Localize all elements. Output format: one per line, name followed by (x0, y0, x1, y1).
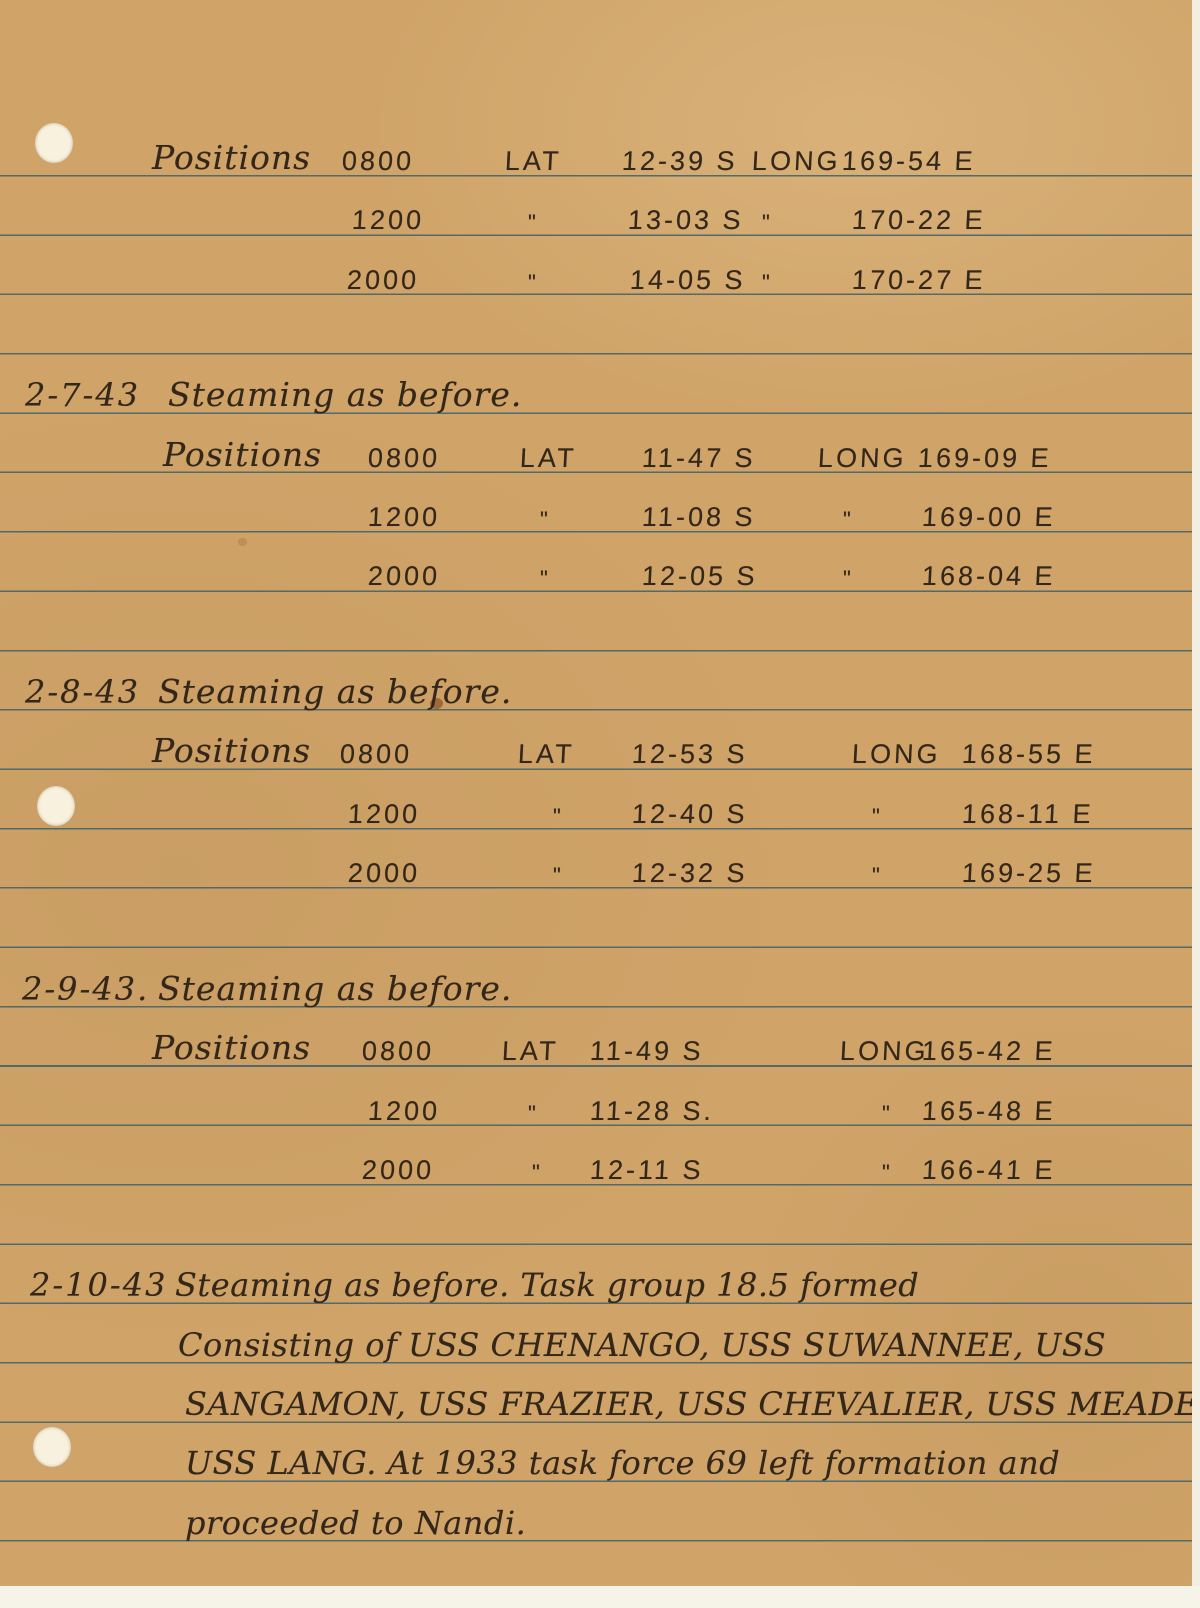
ditto-mark: " (872, 863, 881, 889)
time-value: 2000 (346, 265, 420, 296)
time-value: 1200 (347, 799, 421, 830)
ditto-mark: " (528, 210, 537, 236)
ditto-mark: " (553, 804, 562, 830)
lat-value: 12-40 S (631, 799, 748, 830)
positions-label: Positions (152, 138, 311, 177)
long-value: 165-48 E (921, 1096, 1056, 1127)
time-value: 2000 (347, 858, 421, 889)
scan-edge-right (1192, 0, 1200, 1608)
time-value: 1200 (351, 205, 425, 236)
entry-header: 2-10-43 Steaming as before. Task group 1… (0, 1258, 1192, 1306)
time-value: 0800 (339, 739, 413, 770)
long-value: 169-54 E (841, 146, 976, 177)
lat-value: 12-32 S (631, 858, 748, 889)
ditto-mark: " (540, 507, 549, 533)
lat-value: 11-49 S (589, 1036, 704, 1067)
position-row: Positions 0800 LAT 11-47 S LONG 169-09 E (0, 428, 1192, 476)
log-page-scan: Positions 0800 LAT 12-39 S LONG 169-54 E… (0, 0, 1200, 1608)
ditto-mark: " (872, 804, 881, 830)
lat-value: 11-28 S. (589, 1096, 715, 1127)
time-value: 0800 (367, 443, 441, 474)
lat-value: 12-05 S (641, 561, 758, 592)
entry-heading: Steaming as before. (168, 375, 522, 414)
position-row: Positions 0800 LAT 12-39 S LONG 169-54 E (0, 131, 1192, 179)
positions-label: Positions (152, 731, 311, 770)
lat-label: LAT (517, 739, 575, 770)
lat-value: 11-08 S (641, 502, 756, 533)
position-row: 1200 " 11-28 S. " 165-48 E (0, 1081, 1192, 1129)
ditto-mark: " (882, 1160, 891, 1186)
time-value: 1200 (367, 1096, 441, 1127)
long-value: 166-41 E (921, 1155, 1056, 1186)
narrative-line: USS LANG. At 1933 task force 69 left for… (185, 1444, 1060, 1482)
entry-date: 2-9-43. (22, 970, 149, 1008)
long-value: 165-42 E (921, 1036, 1056, 1067)
lat-value: 11-47 S (641, 443, 756, 474)
long-label: LONG (839, 1036, 929, 1067)
notebook-paper: Positions 0800 LAT 12-39 S LONG 169-54 E… (0, 0, 1192, 1586)
narrative-line: proceeded to Nandi. (185, 1504, 526, 1542)
ditto-mark: " (553, 863, 562, 889)
narrative-row: USS LANG. At 1933 task force 69 left for… (0, 1436, 1192, 1484)
lat-value: 12-53 S (631, 739, 748, 770)
time-value: 0800 (341, 146, 415, 177)
ditto-mark: " (843, 507, 852, 533)
scan-edge-bottom (0, 1586, 1200, 1608)
position-row: Positions 0800 LAT 12-53 S LONG 168-55 E (0, 724, 1192, 772)
lat-value: 13-03 S (627, 205, 744, 236)
position-row: 2000 " 14-05 S " 170-27 E (0, 250, 1192, 298)
ditto-mark: " (528, 1101, 537, 1127)
lat-value: 12-11 S (589, 1155, 704, 1186)
entry-heading: Steaming as before. (158, 969, 512, 1008)
paper-blemish (238, 538, 247, 546)
entry-date: 2-10-43 (30, 1266, 167, 1304)
positions-label: Positions (152, 1028, 311, 1067)
long-value: 169-09 E (917, 443, 1052, 474)
position-row: 2000 " 12-11 S " 166-41 E (0, 1140, 1192, 1188)
position-row: 2000 " 12-32 S " 169-25 E (0, 843, 1192, 891)
long-value: 169-00 E (921, 502, 1056, 533)
long-value: 168-11 E (961, 799, 1094, 830)
time-value: 2000 (361, 1155, 435, 1186)
entry-heading: Steaming as before. (158, 672, 512, 711)
entry-header: 2-9-43. Steaming as before. (0, 962, 1192, 1010)
long-value: 170-22 E (851, 205, 986, 236)
long-value: 170-27 E (851, 265, 986, 296)
long-value: 169-25 E (961, 858, 1096, 889)
narrative-line: Consisting of USS CHENANGO, USS SUWANNEE… (178, 1326, 1106, 1364)
narrative-line: SANGAMON, USS FRAZIER, USS CHEVALIER, US… (185, 1385, 1200, 1423)
entry-date: 2-8-43 (25, 673, 140, 711)
long-value: 168-04 E (921, 561, 1056, 592)
ditto-mark: " (882, 1101, 891, 1127)
lat-label: LAT (519, 443, 577, 474)
ditto-mark: " (762, 270, 771, 296)
ditto-mark: " (540, 566, 549, 592)
time-value: 0800 (361, 1036, 435, 1067)
entry-header: 2-8-43 Steaming as before. (0, 665, 1192, 713)
long-value: 168-55 E (961, 739, 1096, 770)
positions-label: Positions (163, 435, 322, 474)
lat-value: 12-39 S (621, 146, 738, 177)
lat-label: LAT (501, 1036, 559, 1067)
ditto-mark: " (762, 210, 771, 236)
position-row: 1200 " 12-40 S " 168-11 E (0, 784, 1192, 832)
position-row: 1200 " 13-03 S " 170-22 E (0, 190, 1192, 238)
ditto-mark: " (528, 270, 537, 296)
entry-header: 2-7-43 Steaming as before. (0, 368, 1192, 416)
lat-label: LAT (504, 146, 562, 177)
position-row: 1200 " 11-08 S " 169-00 E (0, 487, 1192, 535)
time-value: 1200 (367, 502, 441, 533)
ditto-mark: " (532, 1160, 541, 1186)
long-label: LONG (851, 739, 941, 770)
narrative-row: proceeded to Nandi. (0, 1496, 1192, 1544)
narrative-line: Steaming as before. Task group 18.5 form… (175, 1266, 919, 1304)
narrative-row: SANGAMON, USS FRAZIER, USS CHEVALIER, US… (0, 1377, 1192, 1425)
position-row: 2000 " 12-05 S " 168-04 E (0, 546, 1192, 594)
ditto-mark: " (843, 566, 852, 592)
entry-date: 2-7-43 (25, 376, 140, 414)
position-row: Positions 0800 LAT 11-49 S LONG 165-42 E (0, 1021, 1192, 1069)
long-label: LONG (751, 146, 841, 177)
lat-value: 14-05 S (629, 265, 746, 296)
narrative-row: Consisting of USS CHENANGO, USS SUWANNEE… (0, 1318, 1192, 1366)
long-label: LONG (817, 443, 907, 474)
time-value: 2000 (367, 561, 441, 592)
